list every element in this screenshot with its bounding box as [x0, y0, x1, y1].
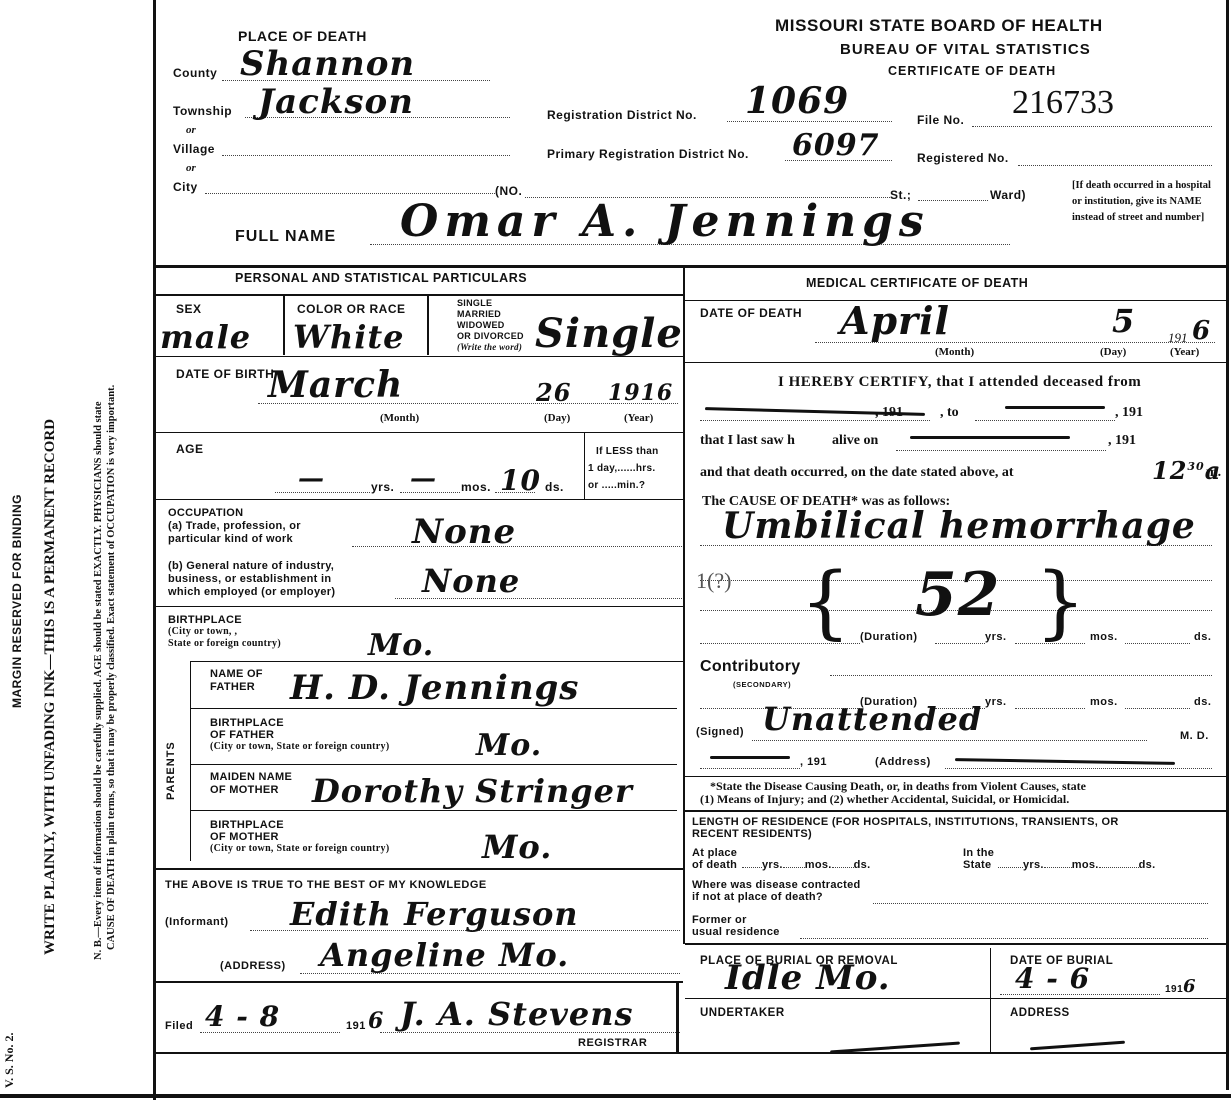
age-ds-value[interactable]: 10 [500, 464, 541, 497]
at-place-label-1: At place [692, 847, 737, 859]
mother-name-value[interactable]: Dorothy Stringer [312, 772, 633, 810]
divider [584, 433, 585, 499]
age-mos-value[interactable]: — [410, 464, 437, 494]
brace-mark-left: { [800, 562, 851, 642]
registration-district-value[interactable]: 1069 [745, 80, 849, 122]
age-yrs-value[interactable]: — [298, 464, 325, 494]
marital-labels: SINGLE MARRIED WIDOWED OR DIVORCED (Writ… [457, 298, 524, 353]
medical-title: MEDICAL CERTIFICATE OF DEATH [806, 276, 1028, 290]
certify-last-saw-year: , 191 [1108, 433, 1136, 449]
birthplace-sub-1: (City or town, , [168, 626, 281, 638]
less-than-label: If LESS than [588, 443, 659, 460]
form-number: V. S. No. 2. [2, 1033, 17, 1088]
dod-day[interactable]: 5 [1112, 302, 1135, 340]
registered-no-label: Registered No. [917, 151, 1009, 165]
occupation-a-line [352, 546, 682, 547]
dob-day[interactable]: 26 [536, 378, 571, 407]
divider [190, 764, 677, 765]
signed-year-label: , 191 [800, 756, 827, 768]
city-line [205, 193, 495, 194]
strike-mark [1005, 406, 1105, 409]
occupation-b-value[interactable]: None [422, 562, 520, 600]
former-label-1: Former or [692, 914, 780, 926]
registered-no-line [1018, 165, 1212, 166]
contracted-label-2: if not at place of death? [692, 891, 861, 903]
mother-birthplace-label-1: BIRTHPLACE [210, 819, 389, 831]
divider [427, 295, 429, 355]
divider [155, 868, 683, 870]
occupation-a-label-1: (a) Trade, profession, or [168, 520, 301, 533]
occupation-b-label-1: (b) General nature of industry, [168, 560, 335, 573]
primary-district-label: Primary Registration District No. [547, 147, 749, 161]
divider [155, 432, 683, 433]
father-label-2: FATHER [210, 681, 263, 694]
contracted-line [873, 903, 1208, 904]
strike-mark [910, 436, 1070, 439]
registration-district-label: Registration District No. [547, 108, 697, 122]
divider [155, 356, 683, 357]
former-residence-labels: Former or usual residence [692, 914, 780, 938]
margin-instruction-text: WRITE PLAINLY, WITH UNFADING INK—THIS IS… [42, 419, 59, 955]
divider [283, 295, 285, 355]
full-name-value[interactable]: Omar A. Jennings [400, 196, 930, 247]
undertaker-address-label: ADDRESS [1010, 1007, 1070, 1019]
duration-yrs-label: yrs. [985, 631, 1007, 643]
certify-to-year: , 191 [1115, 405, 1143, 421]
or-text-2: or [186, 162, 196, 174]
divider [190, 810, 677, 811]
less-than-day: If LESS than 1 day,......hrs. or .....mi… [588, 443, 659, 494]
personal-title: PERSONAL AND STATISTICAL PARTICULARS [235, 271, 527, 285]
in-state-yrs: yrs. [1023, 859, 1044, 871]
in-state-labels: In the State [963, 847, 994, 871]
divider [190, 661, 191, 861]
contracted-labels: Where was disease contracted if not at p… [692, 879, 861, 903]
age-mos-label: mos. [461, 480, 491, 494]
mother-labels: MAIDEN NAME OF MOTHER [210, 771, 292, 797]
cause-code: 1(?) [696, 568, 731, 594]
occupation-a-labels: OCCUPATION (a) Trade, profession, or par… [168, 507, 301, 546]
duration-ds-line [1125, 643, 1190, 644]
dob-year[interactable]: 1916 [608, 380, 673, 406]
marital-widowed-label: WIDOWED [457, 320, 524, 331]
mother-birthplace-label-2: OF MOTHER [210, 831, 389, 843]
strike-mark [710, 756, 790, 759]
last-saw-line [896, 450, 1106, 451]
mother-birthplace-labels: BIRTHPLACE OF MOTHER (City or town, Stat… [210, 819, 389, 855]
mother-label-2: OF MOTHER [210, 784, 292, 797]
mother-birthplace-value[interactable]: Mo. [482, 828, 552, 866]
sex-value[interactable]: male [160, 318, 251, 356]
m-label: m. [1206, 465, 1221, 481]
duration-mos-label: mos. [1090, 631, 1118, 643]
hospital-note: [If death occurred in a hospital or inst… [1072, 178, 1212, 226]
certify-alive-on: alive on [832, 433, 878, 449]
former-residence-line [800, 938, 1208, 939]
at-place-ds: ds. [854, 859, 871, 871]
occupation-b-labels: (b) General nature of industry, business… [168, 560, 335, 599]
duration-line [700, 643, 860, 644]
village-label: Village [173, 142, 215, 156]
city-label: City [173, 180, 198, 194]
certificate-title: CERTIFICATE OF DEATH [888, 64, 1056, 78]
death-time-hour: 12 [1152, 456, 1187, 485]
divider [190, 661, 683, 662]
left-border [153, 0, 156, 1100]
bottom-border [0, 1094, 1231, 1098]
dob-day-caption: (Day) [544, 412, 570, 424]
certify-last-saw: that I last saw h [700, 433, 795, 449]
divider [685, 362, 1226, 363]
dod-month[interactable]: April [840, 298, 950, 343]
signed-date-line [700, 768, 800, 769]
age-yrs-label: yrs. [371, 480, 394, 494]
birthplace-value[interactable]: Mo. [368, 628, 434, 663]
sex-label: SEX [176, 302, 202, 316]
at-place-mos: mos. [805, 859, 832, 871]
mother-label-1: MAIDEN NAME [210, 771, 292, 784]
margin-note-line2: CAUSE OF DEATH in plain terms, so that i… [105, 385, 118, 950]
dod-year-prefix: 191 [1168, 330, 1188, 346]
address-label: (ADDRESS) [220, 960, 286, 972]
marital-married-label: MARRIED [457, 309, 524, 320]
contributory-ds-line [1125, 708, 1190, 709]
contributory-mos-label: mos. [1090, 696, 1118, 708]
or-text-1: or [186, 124, 196, 136]
at-place-units: yrs.mos.ds. [742, 859, 870, 871]
footnote: *State the Disease Causing Death, or, in… [700, 780, 1086, 806]
contributory-mos-line [1015, 708, 1085, 709]
marital-single-label: SINGLE [457, 298, 524, 309]
burial-year-suffix[interactable]: 6 [1183, 976, 1197, 997]
father-birthplace-label-1: BIRTHPLACE [210, 717, 389, 729]
at-place-labels: At place of death [692, 847, 737, 871]
primary-district-value[interactable]: 6097 [792, 128, 880, 163]
signed-line [752, 740, 1147, 741]
in-state-units: yrs.mos.ds. [998, 859, 1155, 871]
md-label: M. D. [1180, 730, 1209, 742]
father-birthplace-value[interactable]: Mo. [476, 728, 542, 763]
cause-value[interactable]: Umbilical hemorrhage [722, 505, 1196, 547]
attended-to-line [975, 420, 1115, 421]
county-value[interactable]: Shannon [240, 44, 415, 84]
contributory-label: Contributory [700, 658, 800, 676]
in-state-label-2: State [963, 859, 994, 871]
certify-to-label: , to [940, 405, 959, 421]
filed-year-prefix: 191 [346, 1020, 366, 1032]
duration-ds-label: ds. [1194, 631, 1211, 643]
death-time-minutes: 30 [1187, 460, 1204, 473]
registrar-value[interactable]: J. A. Stevens [400, 995, 634, 1033]
duration-mos-line [1015, 643, 1085, 644]
filed-year-suffix[interactable]: 6 [368, 1008, 384, 1034]
knowledge-statement: THE ABOVE IS TRUE TO THE BEST OF MY KNOW… [165, 879, 487, 891]
duration-label: (Duration) [860, 631, 918, 643]
dod-day-caption: (Day) [1100, 346, 1126, 358]
certify-death-occurred: and that death occurred, on the date sta… [700, 465, 1014, 481]
brace-mark-right: } [1035, 562, 1086, 642]
file-no-label: File No. [917, 113, 964, 127]
father-label-1: NAME OF [210, 668, 263, 681]
dod-label: DATE OF DEATH [700, 306, 802, 320]
birthplace-label: BIRTHPLACE [168, 614, 281, 626]
in-state-ds: ds. [1139, 859, 1156, 871]
file-no-line [972, 126, 1212, 127]
address-value[interactable]: Angeline Mo. [320, 936, 569, 974]
dod-year-suffix[interactable]: 6 [1192, 316, 1211, 346]
signed-value[interactable]: Unattended [762, 700, 982, 738]
occupation-b-label-2: business, or establishment in [168, 573, 335, 586]
residence-title-1: LENGTH OF RESIDENCE (FOR HOSPITALS, INST… [692, 816, 1119, 828]
board-title: MISSOURI STATE BOARD OF HEALTH [775, 16, 1103, 36]
parents-label: PARENTS [165, 741, 177, 800]
at-place-label-2: of death [692, 859, 737, 871]
race-label: COLOR OR RACE [297, 302, 406, 316]
marital-divorced-label: OR DIVORCED [457, 331, 524, 342]
dob-year-caption: (Year) [624, 412, 653, 424]
divider [190, 708, 677, 709]
marital-value[interactable]: Single [535, 310, 683, 357]
ward-label: Ward) [990, 188, 1026, 202]
secondary-label: (SECONDARY) [733, 680, 791, 689]
informant-value[interactable]: Edith Ferguson [290, 895, 579, 933]
dob-month-caption: (Month) [380, 412, 419, 424]
father-birthplace-label-3: (City or town, State or foreign country) [210, 741, 389, 753]
township-value[interactable]: Jackson [258, 82, 414, 122]
divider [155, 294, 683, 296]
birthplace-sub-2: State or foreign country) [168, 638, 281, 650]
race-value[interactable]: White [293, 318, 405, 356]
age-ds-label: ds. [545, 480, 564, 494]
signed-address-line [945, 768, 1212, 769]
right-border [1226, 0, 1229, 1090]
occupation-label: OCCUPATION [168, 507, 301, 520]
filed-label: Filed [165, 1020, 193, 1032]
less-than-hrs: 1 day,......hrs. [588, 460, 659, 477]
place-of-death-title: PLACE OF DEATH [238, 28, 367, 44]
strike-mark [955, 758, 1175, 765]
residence-title-2: RECENT RESIDENTS) [692, 828, 1119, 840]
filed-date[interactable]: 4 - 8 [205, 1000, 280, 1033]
signed-address-label: (Address) [875, 756, 931, 768]
mother-birthplace-label-3: (City or town, State or foreign country) [210, 843, 389, 855]
township-label: Township [173, 104, 232, 118]
county-label: County [173, 66, 217, 80]
occupation-b-label-3: which employed (or employer) [168, 586, 335, 599]
father-birthplace-labels: BIRTHPLACE OF FATHER (City or town, Stat… [210, 717, 389, 753]
burial-date-value[interactable]: 4 - 6 [1015, 962, 1090, 995]
center-divider [683, 266, 685, 944]
margin-note-line1: N. B.—Every item of information should b… [92, 401, 105, 960]
marital-write-label: (Write the word) [457, 342, 524, 353]
residence-title: LENGTH OF RESIDENCE (FOR HOSPITALS, INST… [692, 816, 1119, 840]
divider [685, 810, 1226, 812]
dod-month-caption: (Month) [935, 346, 974, 358]
age-label: AGE [176, 442, 204, 456]
undertaker-label: UNDERTAKER [700, 1007, 785, 1019]
contracted-label-1: Where was disease contracted [692, 879, 861, 891]
registrar-label: REGISTRAR [578, 1037, 647, 1049]
divider [685, 998, 1226, 999]
occupation-a-label-2: particular kind of work [168, 533, 301, 546]
bureau-title: BUREAU OF VITAL STATISTICS [840, 41, 1091, 58]
informant-label: (Informant) [165, 916, 229, 928]
divider [990, 948, 991, 1052]
occupation-a-value[interactable]: None [412, 512, 516, 552]
dob-month[interactable]: March [268, 364, 403, 406]
less-than-min: or .....min.? [588, 477, 659, 494]
divider [685, 300, 1226, 301]
burial-year-prefix: 191 [1165, 984, 1183, 995]
certify-line-1: I HEREBY CERTIFY, that I attended deceas… [778, 374, 1141, 391]
undertaker-address-value[interactable] [1030, 1041, 1125, 1051]
contributory-ds-label: ds. [1194, 696, 1211, 708]
father-birthplace-label-2: OF FATHER [210, 729, 389, 741]
divider [685, 776, 1226, 777]
at-place-yrs: yrs. [762, 859, 783, 871]
divider [155, 981, 683, 983]
father-name-value[interactable]: H. D. Jennings [290, 668, 579, 708]
in-state-label-1: In the [963, 847, 994, 859]
in-state-mos: mos. [1072, 859, 1099, 871]
divider [155, 606, 683, 607]
signed-label: (Signed) [696, 726, 744, 738]
footnote-line-2: (1) Means of Injury; and (2) whether Acc… [700, 793, 1086, 806]
divider [155, 499, 683, 500]
birthplace-labels: BIRTHPLACE (City or town, , State or for… [168, 614, 281, 650]
contributory-line [830, 675, 1212, 676]
father-labels: NAME OF FATHER [210, 668, 263, 694]
former-label-2: usual residence [692, 926, 780, 938]
divider [685, 943, 1226, 945]
cause-mark: 52 [915, 560, 1001, 630]
full-name-label: FULL NAME [235, 228, 336, 246]
file-no-value[interactable]: 216733 [1012, 84, 1114, 122]
margin-binding-text: MARGIN RESERVED FOR BINDING [10, 494, 24, 708]
divider [155, 1052, 1227, 1054]
name-divider [155, 265, 1227, 268]
dob-label: DATE OF BIRTH [176, 367, 274, 381]
dod-year-caption: (Year) [1170, 346, 1199, 358]
burial-place-value[interactable]: Idle Mo. [725, 958, 891, 998]
village-line [222, 155, 510, 156]
duration-yrs-line [935, 643, 985, 644]
divider [676, 982, 679, 1052]
contributory-yrs-label: yrs. [985, 696, 1007, 708]
